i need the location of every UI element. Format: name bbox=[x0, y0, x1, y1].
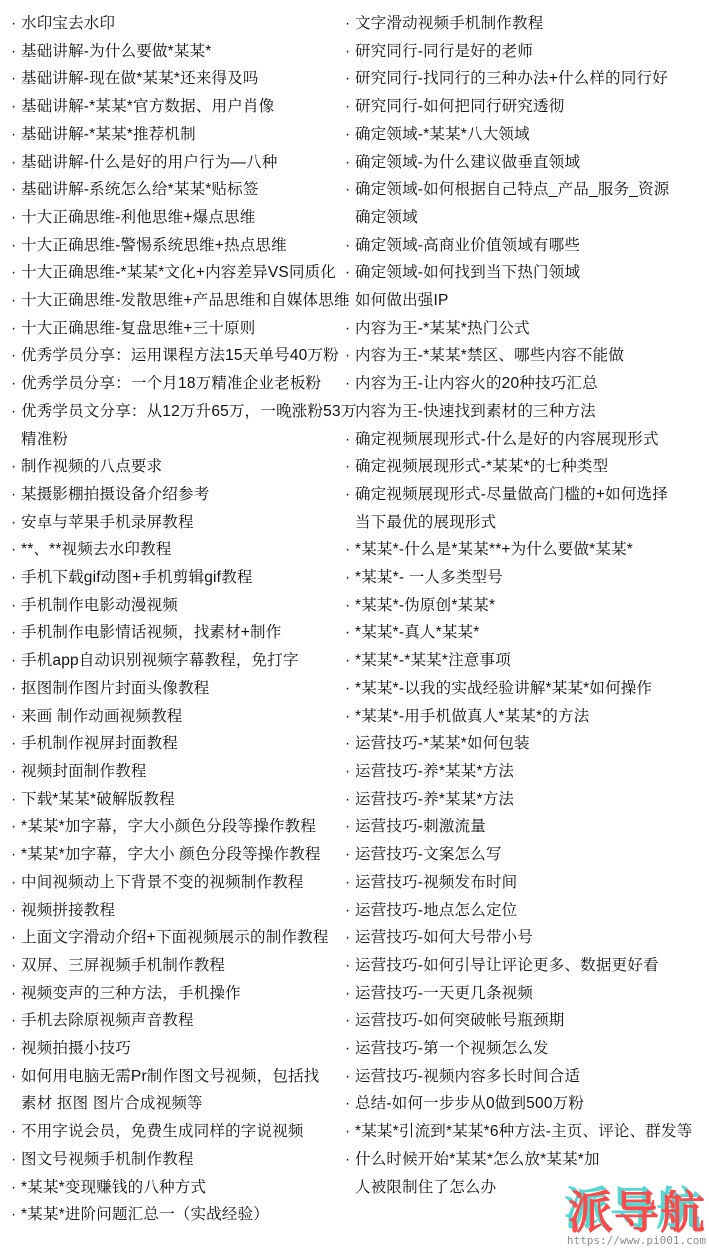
list-item-text: 确定视频展现形式-什么是好的内容展现形式 bbox=[355, 426, 659, 454]
list-item-text: 确定领域-*某某*八大领域 bbox=[355, 121, 530, 149]
list-item: · 运营技巧-地点怎么定位 bbox=[345, 897, 709, 925]
list-item-text: 水印宝去水印 bbox=[21, 10, 115, 38]
list-item-text: 运营技巧-如何大号带小号 bbox=[355, 924, 533, 952]
list-item-text: 手机制作电影动漫视频 bbox=[21, 592, 178, 620]
list-item-text: 安卓与苹果手机录屏教程 bbox=[21, 509, 194, 537]
bullet-icon: · bbox=[11, 980, 21, 1008]
list-item: · 内容为王-*某某*热门公式 bbox=[345, 315, 709, 343]
list-item: · 确定领域-如何根据自己特点_产品_服务_资源 确定领域 bbox=[345, 176, 709, 231]
bullet-icon: · bbox=[345, 619, 355, 647]
list-item: · *某某*-什么是*某某**+为什么要做*某某* bbox=[345, 536, 709, 564]
bullet-icon: · bbox=[345, 730, 355, 758]
bullet-icon: · bbox=[11, 93, 21, 121]
watermark-brand-text: 派导航 bbox=[567, 1190, 706, 1235]
list-item: · 确定领域-高商业价值领域有哪些 bbox=[345, 232, 709, 260]
bullet-icon: · bbox=[345, 1063, 355, 1091]
list-item: · *某某*-伪原创*某某* bbox=[345, 592, 709, 620]
bullet-icon: · bbox=[345, 121, 355, 149]
list-item: · 水印宝去水印 bbox=[11, 10, 345, 38]
bullet-icon: · bbox=[345, 813, 355, 841]
bullet-icon: · bbox=[345, 1007, 355, 1035]
bullet-icon: · bbox=[11, 592, 21, 620]
list-item: · 内容为王-*某某*禁区、哪些内容不能做 bbox=[345, 342, 709, 370]
bullet-icon: · bbox=[345, 869, 355, 897]
list-item-text: 内容为王-*某某*禁区、哪些内容不能做 bbox=[355, 342, 624, 370]
bullet-icon: · bbox=[11, 1118, 21, 1146]
list-item-text: 基础讲解-什么是好的用户行为—八种 bbox=[21, 149, 278, 177]
course-list-right-column: · 文字滑动视频手机制作教程 · 研究同行-同行是好的老师 · 研究同行-找同行… bbox=[345, 10, 709, 1201]
list-item: · 文字滑动视频手机制作教程 bbox=[345, 10, 709, 38]
bullet-icon: · bbox=[11, 813, 21, 841]
bullet-icon: · bbox=[345, 924, 355, 952]
bullet-icon: · bbox=[11, 869, 21, 897]
list-item: · 如何做出强IP bbox=[345, 287, 709, 315]
bullet-icon: · bbox=[11, 619, 21, 647]
bullet-icon: · bbox=[11, 38, 21, 66]
bullet-icon: · bbox=[345, 232, 355, 260]
list-item-text: 运营技巧-视频发布时间 bbox=[355, 869, 517, 897]
bullet-icon: · bbox=[11, 730, 21, 758]
list-item-text: 研究同行-同行是好的老师 bbox=[355, 38, 533, 66]
list-item: · 运营技巧-文案怎么写 bbox=[345, 841, 709, 869]
list-item: · 确定领域-为什么建议做垂直领域 bbox=[345, 149, 709, 177]
list-item-text: 如何做出强IP bbox=[355, 287, 449, 315]
list-item-text: *某某*-伪原创*某某* bbox=[355, 592, 495, 620]
list-item: · 某摄影棚拍摄设备介绍参考 bbox=[11, 481, 345, 509]
list-item-text: 运营技巧-养*某某*方法 bbox=[355, 758, 514, 786]
bullet-icon: · bbox=[345, 259, 355, 287]
list-item: · 手机制作电影情话视频，找素材+制作 bbox=[11, 619, 345, 647]
list-item-text: 视频变声的三种方法，手机操作 bbox=[21, 980, 241, 1008]
list-item: · 基础讲解-为什么要做*某某* bbox=[11, 38, 345, 66]
list-item-text: 图文号视频手机制作教程 bbox=[21, 1146, 194, 1174]
list-item-text: 基础讲解-系统怎么给*某某*贴标签 bbox=[21, 176, 259, 204]
bullet-icon: · bbox=[11, 509, 21, 537]
bullet-icon: · bbox=[11, 204, 21, 232]
bullet-icon: · bbox=[11, 121, 21, 149]
list-item-text: 确定领域-如何根据自己特点_产品_服务_资源 确定领域 bbox=[355, 176, 669, 231]
bullet-icon: · bbox=[11, 1174, 21, 1202]
list-item-text: 双屏、三屏视频手机制作教程 bbox=[21, 952, 225, 980]
list-item-text: 运营技巧-*某某*如何包装 bbox=[355, 730, 530, 758]
list-item: · 制作视频的八点要求 bbox=[11, 453, 345, 481]
course-list-left-column: · 水印宝去水印 · 基础讲解-为什么要做*某某* · 基础讲解-现在做*某某*… bbox=[11, 10, 345, 1229]
list-item: · 运营技巧-视频内容多长时间合适 bbox=[345, 1063, 709, 1091]
bullet-icon: · bbox=[345, 149, 355, 177]
bullet-icon: · bbox=[11, 342, 21, 370]
list-item: · 运营技巧-刺激流量 bbox=[345, 813, 709, 841]
list-item-text: 中间视频动上下背景不变的视频制作教程 bbox=[21, 869, 304, 897]
list-item: · 运营技巧-视频发布时间 bbox=[345, 869, 709, 897]
bullet-icon: · bbox=[345, 1146, 355, 1174]
list-item-text: 手机去除原视频声音教程 bbox=[21, 1007, 194, 1035]
list-item-text: 下载*某某*破解版教程 bbox=[21, 786, 175, 814]
list-item-text: 手机app自动识别视频字幕教程，免打字 bbox=[21, 647, 299, 675]
list-item-text: *某某*-以我的实战经验讲解*某某*如何操作 bbox=[355, 675, 652, 703]
course-list: · 水印宝去水印 · 基础讲解-为什么要做*某某* · 基础讲解-现在做*某某*… bbox=[0, 0, 709, 1229]
list-item: · 中间视频动上下背景不变的视频制作教程 bbox=[11, 869, 345, 897]
list-item-text: 总结-如何一步步从0做到500万粉 bbox=[355, 1090, 584, 1118]
list-item-text: 运营技巧-文案怎么写 bbox=[355, 841, 502, 869]
list-item: · 手机制作视屏封面教程 bbox=[11, 730, 345, 758]
bullet-icon: · bbox=[11, 564, 21, 592]
bullet-icon: · bbox=[11, 758, 21, 786]
list-item: · 优秀学员文分享：从12万升65万，一晚涨粉53万 精准粉 bbox=[11, 398, 345, 453]
list-item-text: 十大正确思维-*某某*文化+内容差异VS同质化 bbox=[21, 259, 336, 287]
bullet-icon: · bbox=[11, 176, 21, 204]
list-item-text: 如何用电脑无需Pr制作图文号视频，包括找 素材 抠图 图片合成视频等 bbox=[21, 1063, 320, 1118]
bullet-icon: · bbox=[11, 65, 21, 93]
bullet-icon: · bbox=[11, 786, 21, 814]
list-item-text: *某某*加字幕，字大小 颜色分段等操作教程 bbox=[21, 841, 321, 869]
list-item: · 十大正确思维-复盘思维+三十原则 bbox=[11, 315, 345, 343]
list-item: · 基础讲解-系统怎么给*某某*贴标签 bbox=[11, 176, 345, 204]
list-item: · 运营技巧-养*某某*方法 bbox=[345, 786, 709, 814]
bullet-icon: · bbox=[11, 924, 21, 952]
list-item-text: 研究同行-找同行的三种办法+什么样的同行好 bbox=[355, 65, 668, 93]
bullet-icon: · bbox=[345, 564, 355, 592]
bullet-icon: · bbox=[345, 370, 355, 398]
bullet-icon: · bbox=[345, 897, 355, 925]
list-item-text: 上面文字滑动介绍+下面视频展示的制作教程 bbox=[21, 924, 329, 952]
list-item-text: 文字滑动视频手机制作教程 bbox=[355, 10, 543, 38]
list-item: · *某某*-用手机做真人*某某*的方法 bbox=[345, 703, 709, 731]
bullet-icon: · bbox=[11, 841, 21, 869]
bullet-icon: · bbox=[345, 481, 355, 509]
bullet-icon: · bbox=[11, 536, 21, 564]
list-item-text: *某某*变现赚钱的八种方式 bbox=[21, 1174, 206, 1202]
list-item-text: 手机制作电影情话视频，找素材+制作 bbox=[21, 619, 281, 647]
list-item: · 视频封面制作教程 bbox=[11, 758, 345, 786]
bullet-icon: · bbox=[11, 1146, 21, 1174]
list-item-text: 优秀学员分享：运用课程方法15天单号40万粉 bbox=[21, 342, 339, 370]
watermark: 派导航 https://www.pi001.com bbox=[567, 1190, 706, 1246]
bullet-icon: · bbox=[11, 10, 21, 38]
list-item-text: *某某*引流到*某某*6种方法-主页、评论、群发等 bbox=[355, 1118, 692, 1146]
list-item: · 十大正确思维-警惕系统思维+热点思维 bbox=[11, 232, 345, 260]
list-item-text: *某某*-什么是*某某**+为什么要做*某某* bbox=[355, 536, 633, 564]
bullet-icon: · bbox=[345, 980, 355, 1008]
list-item-text: 运营技巧-如何突破帐号瓶颈期 bbox=[355, 1007, 564, 1035]
list-item: · 确定领域-如何找到当下热门领域 bbox=[345, 259, 709, 287]
list-item-text: 运营技巧-第一个视频怎么发 bbox=[355, 1035, 549, 1063]
list-item-text: 某摄影棚拍摄设备介绍参考 bbox=[21, 481, 209, 509]
list-item-text: 运营技巧-地点怎么定位 bbox=[355, 897, 517, 925]
list-item: · 运营技巧-第一个视频怎么发 bbox=[345, 1035, 709, 1063]
list-item: · *某某*加字幕，字大小 颜色分段等操作教程 bbox=[11, 841, 345, 869]
list-item-text: 运营技巧-如何引导让评论更多、数据更好看 bbox=[355, 952, 659, 980]
list-item-text: 十大正确思维-利他思维+爆点思维 bbox=[21, 204, 255, 232]
list-item: · 运营技巧-一天更几条视频 bbox=[345, 980, 709, 1008]
bullet-icon: · bbox=[345, 647, 355, 675]
list-item: · 确定视频展现形式-什么是好的内容展现形式 bbox=[345, 426, 709, 454]
list-item-text: *某某*-真人*某某* bbox=[355, 619, 480, 647]
bullet-icon: · bbox=[345, 38, 355, 66]
list-item: · 基础讲解-现在做*某某*还来得及吗 bbox=[11, 65, 345, 93]
list-item-text: 十大正确思维-发散思维+产品思维和自媒体思维 bbox=[21, 287, 350, 315]
list-item: · 视频拍摄小技巧 bbox=[11, 1035, 345, 1063]
bullet-icon: · bbox=[11, 481, 21, 509]
bullet-icon: · bbox=[345, 703, 355, 731]
list-item: · *某某*进阶问题汇总一（实战经验） bbox=[11, 1201, 345, 1229]
list-item-text: *某某*-*某某*注意事项 bbox=[355, 647, 511, 675]
list-item: · **、**视频去水印教程 bbox=[11, 536, 345, 564]
bullet-icon: · bbox=[345, 675, 355, 703]
list-item-text: **、**视频去水印教程 bbox=[21, 536, 172, 564]
list-item: · *某某*- 一人多类型号 bbox=[345, 564, 709, 592]
list-item: · 十大正确思维-*某某*文化+内容差异VS同质化 bbox=[11, 259, 345, 287]
list-item-text: 确定视频展现形式-*某某*的七种类型 bbox=[355, 453, 608, 481]
list-item: · 双屏、三屏视频手机制作教程 bbox=[11, 952, 345, 980]
list-item: · 下载*某某*破解版教程 bbox=[11, 786, 345, 814]
list-item-text: *某某*-用手机做真人*某某*的方法 bbox=[355, 703, 589, 731]
bullet-icon: · bbox=[345, 786, 355, 814]
bullet-icon: · bbox=[11, 647, 21, 675]
list-item-text: 优秀学员分享：一个月18万精准企业老板粉 bbox=[21, 370, 321, 398]
list-item: · 手机app自动识别视频字幕教程，免打字 bbox=[11, 647, 345, 675]
bullet-icon: · bbox=[345, 592, 355, 620]
list-item: · *某某*引流到*某某*6种方法-主页、评论、群发等 bbox=[345, 1118, 709, 1146]
list-item-text: *某某*- 一人多类型号 bbox=[355, 564, 503, 592]
bullet-icon: · bbox=[11, 952, 21, 980]
bullet-icon: · bbox=[11, 398, 21, 426]
list-item-text: 制作视频的八点要求 bbox=[21, 453, 162, 481]
list-item: · 十大正确思维-利他思维+爆点思维 bbox=[11, 204, 345, 232]
list-item: · 基础讲解-*某某*推荐机制 bbox=[11, 121, 345, 149]
bullet-icon: · bbox=[345, 65, 355, 93]
list-item-text: 确定视频展现形式-尽量做高门槛的+如何选择 当下最优的展现形式 bbox=[355, 481, 668, 536]
list-item: · 不用字说会员，免费生成同样的字说视频 bbox=[11, 1118, 345, 1146]
list-item: · 基础讲解-*某某*官方数据、用户肖像 bbox=[11, 93, 345, 121]
list-item: · 抠图制作图片封面头像教程 bbox=[11, 675, 345, 703]
list-item: · 研究同行-如何把同行研究透彻 bbox=[345, 93, 709, 121]
list-item-text: 确定领域-如何找到当下热门领域 bbox=[355, 259, 580, 287]
bullet-icon: · bbox=[11, 370, 21, 398]
list-item-text: 基础讲解-*某某*推荐机制 bbox=[21, 121, 196, 149]
list-item-text: 十大正确思维-复盘思维+三十原则 bbox=[21, 315, 255, 343]
bullet-icon: · bbox=[11, 897, 21, 925]
list-item-text: 运营技巧-视频内容多长时间合适 bbox=[355, 1063, 580, 1091]
list-item-text: 视频封面制作教程 bbox=[21, 758, 147, 786]
bullet-icon: · bbox=[11, 1035, 21, 1063]
list-item-text: 运营技巧-一天更几条视频 bbox=[355, 980, 533, 1008]
bullet-icon: · bbox=[345, 1035, 355, 1063]
bullet-icon: · bbox=[345, 841, 355, 869]
bullet-icon: · bbox=[345, 1090, 355, 1118]
list-item: · 视频拼接教程 bbox=[11, 897, 345, 925]
list-item: · 确定视频展现形式-尽量做高门槛的+如何选择 当下最优的展现形式 bbox=[345, 481, 709, 536]
bullet-icon: · bbox=[345, 758, 355, 786]
list-item: · 确定领域-*某某*八大领域 bbox=[345, 121, 709, 149]
list-item: · 内容为王-快速找到素材的三种方法 bbox=[345, 398, 709, 426]
bullet-icon: · bbox=[345, 287, 355, 315]
list-item: · 总结-如何一步步从0做到500万粉 bbox=[345, 1090, 709, 1118]
list-item-text: 基础讲解-为什么要做*某某* bbox=[21, 38, 212, 66]
bullet-icon: · bbox=[345, 342, 355, 370]
bullet-icon: · bbox=[11, 287, 21, 315]
list-item-text: 手机下载gif动图+手机剪辑gif教程 bbox=[21, 564, 253, 592]
list-item: · 运营技巧-*某某*如何包装 bbox=[345, 730, 709, 758]
list-item-text: 运营技巧-刺激流量 bbox=[355, 813, 486, 841]
list-item: · *某某*加字幕，字大小颜色分段等操作教程 bbox=[11, 813, 345, 841]
list-item-text: *某某*进阶问题汇总一（实战经验） bbox=[21, 1201, 269, 1229]
list-item: · 图文号视频手机制作教程 bbox=[11, 1146, 345, 1174]
list-item-text: 视频拼接教程 bbox=[21, 897, 115, 925]
bullet-icon: · bbox=[11, 703, 21, 731]
list-item: · 视频变声的三种方法，手机操作 bbox=[11, 980, 345, 1008]
list-item-text: *某某*加字幕，字大小颜色分段等操作教程 bbox=[21, 813, 316, 841]
list-item-text: 确定领域-高商业价值领域有哪些 bbox=[355, 232, 580, 260]
bullet-icon: · bbox=[11, 675, 21, 703]
list-item-text: 内容为王-让内容火的20种技巧汇总 bbox=[355, 370, 598, 398]
list-item: · 如何用电脑无需Pr制作图文号视频，包括找 素材 抠图 图片合成视频等 bbox=[11, 1063, 345, 1118]
list-item-text: 手机制作视屏封面教程 bbox=[21, 730, 178, 758]
list-item-text: 基础讲解-现在做*某某*还来得及吗 bbox=[21, 65, 259, 93]
list-item: · 优秀学员分享：运用课程方法15天单号40万粉 bbox=[11, 342, 345, 370]
list-item-text: 内容为王-快速找到素材的三种方法 bbox=[355, 398, 596, 426]
list-item: · 十大正确思维-发散思维+产品思维和自媒体思维 bbox=[11, 287, 345, 315]
bullet-icon: · bbox=[345, 536, 355, 564]
list-item: · 安卓与苹果手机录屏教程 bbox=[11, 509, 345, 537]
list-item: · 手机制作电影动漫视频 bbox=[11, 592, 345, 620]
list-item: · 运营技巧-养*某某*方法 bbox=[345, 758, 709, 786]
bullet-icon: · bbox=[11, 259, 21, 287]
list-item: · 确定视频展现形式-*某某*的七种类型 bbox=[345, 453, 709, 481]
list-item: · *某某*-以我的实战经验讲解*某某*如何操作 bbox=[345, 675, 709, 703]
list-item-text: 运营技巧-养*某某*方法 bbox=[355, 786, 514, 814]
list-item-text: 什么时候开始*某某*怎么放*某某*加 人被限制住了怎么办 bbox=[355, 1146, 600, 1201]
list-item: · 运营技巧-如何大号带小号 bbox=[345, 924, 709, 952]
bullet-icon: · bbox=[11, 453, 21, 481]
list-item: · *某某*-*某某*注意事项 bbox=[345, 647, 709, 675]
list-item-text: 抠图制作图片封面头像教程 bbox=[21, 675, 209, 703]
list-item: · *某某*变现赚钱的八种方式 bbox=[11, 1174, 345, 1202]
list-item-text: 视频拍摄小技巧 bbox=[21, 1035, 131, 1063]
list-item-text: 来画 制作动画视频教程 bbox=[21, 703, 183, 731]
list-item: · 来画 制作动画视频教程 bbox=[11, 703, 345, 731]
list-item-text: 内容为王-*某某*热门公式 bbox=[355, 315, 530, 343]
list-item: · 优秀学员分享：一个月18万精准企业老板粉 bbox=[11, 370, 345, 398]
list-item-text: 确定领域-为什么建议做垂直领域 bbox=[355, 149, 580, 177]
list-item: · 上面文字滑动介绍+下面视频展示的制作教程 bbox=[11, 924, 345, 952]
list-item-text: 优秀学员文分享：从12万升65万，一晚涨粉53万 精准粉 bbox=[21, 398, 357, 453]
bullet-icon: · bbox=[345, 453, 355, 481]
list-item: · *某某*-真人*某某* bbox=[345, 619, 709, 647]
list-item: · 运营技巧-如何突破帐号瓶颈期 bbox=[345, 1007, 709, 1035]
list-item: · 手机下载gif动图+手机剪辑gif教程 bbox=[11, 564, 345, 592]
bullet-icon: · bbox=[345, 952, 355, 980]
bullet-icon: · bbox=[11, 1063, 21, 1091]
watermark-url: https://www.pi001.com bbox=[567, 1235, 706, 1246]
bullet-icon: · bbox=[11, 1201, 21, 1229]
list-item: · 运营技巧-如何引导让评论更多、数据更好看 bbox=[345, 952, 709, 980]
list-item-text: 十大正确思维-警惕系统思维+热点思维 bbox=[21, 232, 287, 260]
bullet-icon: · bbox=[345, 176, 355, 204]
bullet-icon: · bbox=[345, 93, 355, 121]
list-item-text: 研究同行-如何把同行研究透彻 bbox=[355, 93, 564, 121]
bullet-icon: · bbox=[11, 315, 21, 343]
bullet-icon: · bbox=[345, 398, 355, 426]
bullet-icon: · bbox=[11, 232, 21, 260]
bullet-icon: · bbox=[11, 149, 21, 177]
list-item-text: 基础讲解-*某某*官方数据、用户肖像 bbox=[21, 93, 274, 121]
list-item: · 研究同行-同行是好的老师 bbox=[345, 38, 709, 66]
bullet-icon: · bbox=[345, 1118, 355, 1146]
bullet-icon: · bbox=[345, 10, 355, 38]
bullet-icon: · bbox=[345, 315, 355, 343]
list-item: · 基础讲解-什么是好的用户行为—八种 bbox=[11, 149, 345, 177]
list-item: · 内容为王-让内容火的20种技巧汇总 bbox=[345, 370, 709, 398]
bullet-icon: · bbox=[11, 1007, 21, 1035]
bullet-icon: · bbox=[345, 426, 355, 454]
list-item-text: 不用字说会员，免费生成同样的字说视频 bbox=[21, 1118, 304, 1146]
list-item: · 手机去除原视频声音教程 bbox=[11, 1007, 345, 1035]
list-item: · 研究同行-找同行的三种办法+什么样的同行好 bbox=[345, 65, 709, 93]
